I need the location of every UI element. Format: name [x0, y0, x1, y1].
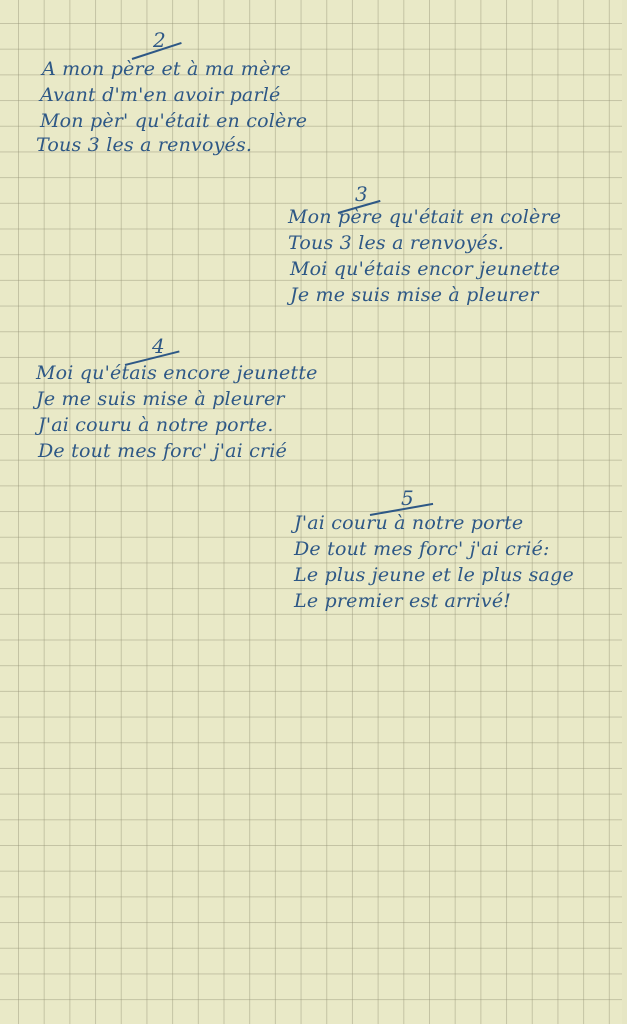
verse-line: De tout mes forc' j'ai crié:: [294, 538, 550, 560]
verse-line: J'ai couru à notre porte: [294, 512, 523, 534]
verse-line: J'ai couru à notre porte.: [38, 414, 274, 436]
verse-line: Moi qu'étais encor jeunette: [290, 258, 560, 280]
page-right-margin: [622, 0, 627, 1024]
verse-line: Le premier est arrivé!: [294, 590, 511, 612]
verse-line: Mon pèr' qu'était en colère: [40, 110, 307, 132]
verse-line: Je me suis mise à pleurer: [36, 388, 285, 410]
verse-line: Le plus jeune et le plus sage: [294, 564, 574, 586]
stanza-number: 5: [401, 488, 414, 508]
verse-line: De tout mes forc' j'ai crié: [38, 440, 287, 462]
verse-line: Mon père qu'était en colère: [288, 206, 561, 228]
stanza-number: 3: [355, 184, 368, 204]
verse-line: Tous 3 les a renvoyés.: [36, 134, 252, 156]
verse-line: Tous 3 les a renvoyés.: [288, 232, 504, 254]
verse-line: Avant d'm'en avoir parlé: [40, 84, 280, 106]
verse-line: Moi qu'étais encore jeunette: [36, 362, 318, 384]
verse-line: Je me suis mise à pleurer: [290, 284, 539, 306]
stanza-number: 4: [152, 336, 165, 356]
verse-line: A mon père et à ma mère: [42, 58, 291, 80]
